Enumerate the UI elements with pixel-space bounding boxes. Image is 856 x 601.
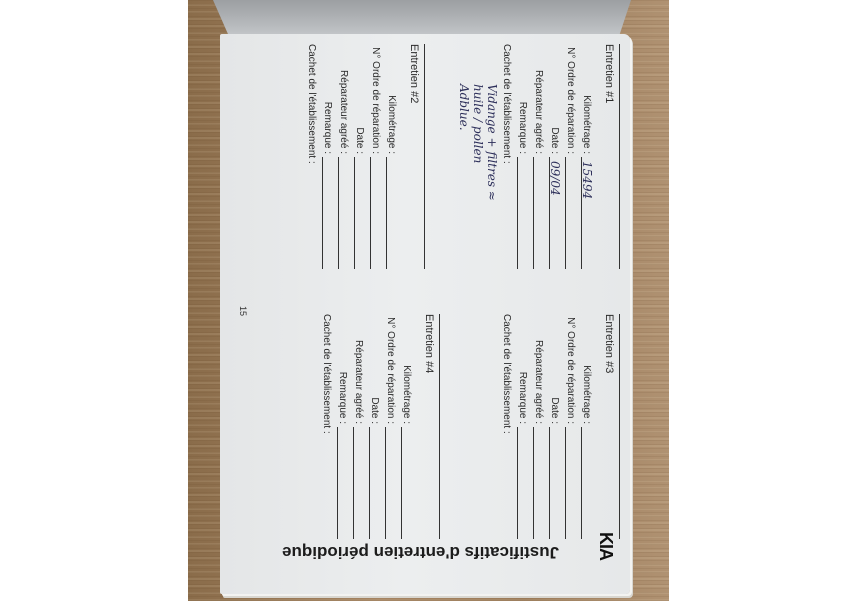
field-label: Date : <box>549 314 560 427</box>
field-line[interactable] <box>565 157 578 269</box>
kia-logo-mark-icon: KIA <box>576 532 616 548</box>
field-line[interactable] <box>401 427 414 539</box>
field-date: Date : <box>354 44 370 284</box>
field-line[interactable] <box>517 427 530 539</box>
field-label: Date : <box>549 44 560 157</box>
field-label: N° Ordre de réparation : <box>370 44 381 157</box>
field-line[interactable]: 09/04 <box>549 157 562 269</box>
field-line[interactable] <box>533 157 546 269</box>
field-ordre: N° Ordre de réparation : <box>385 314 401 554</box>
field-label: Cachet de l'établissement : <box>501 44 512 167</box>
field-label: Réparateur agréé : <box>338 44 349 157</box>
field-label: Date : <box>369 314 380 427</box>
field-label: Réparateur agréé : <box>533 44 544 157</box>
section-rule <box>439 314 440 539</box>
field-label: Date : <box>354 44 365 157</box>
field-label: Remarque : <box>517 314 528 427</box>
field-label: N° Ordre de réparation : <box>385 314 396 427</box>
field-label: Réparateur agréé : <box>533 314 544 427</box>
field-ordre: N° Ordre de réparation : <box>370 44 386 284</box>
field-label: Remarque : <box>322 44 333 157</box>
field-line[interactable] <box>370 157 383 269</box>
folded-page <box>213 0 631 38</box>
field-date: Date : <box>549 314 565 554</box>
section-heading: Entretien #4 <box>423 314 435 554</box>
field-kilometrage: Kilométrage : <box>386 44 402 284</box>
field-label: Cachet de l'établissement : <box>501 314 512 437</box>
page-title: Justificatifs d'entretien périodique <box>282 542 559 562</box>
field-cachet: Cachet de l'établissement : <box>321 314 337 554</box>
page-header: KIA <box>590 14 630 554</box>
field-label: Réparateur agréé : <box>353 314 364 427</box>
field-cachet: Cachet de l'établissement : <box>306 44 322 284</box>
section-rule <box>424 44 425 269</box>
field-line[interactable] <box>565 427 578 539</box>
field-line[interactable] <box>322 157 335 269</box>
field-line[interactable] <box>517 157 530 269</box>
field-date: Date : <box>369 314 385 554</box>
field-reparateur: Réparateur agréé : <box>533 44 549 284</box>
page-content: Entretien #1 Kilométrage : 15494 N° Ordr… <box>230 44 620 584</box>
field-ordre: N° Ordre de réparation : <box>565 44 581 284</box>
field-label: Cachet de l'établissement : <box>321 314 332 437</box>
handwritten-note-line: Vidange + filtres ≈ <box>485 84 499 284</box>
field-line[interactable] <box>338 157 351 269</box>
field-label: Cachet de l'établissement : <box>306 44 317 167</box>
handwritten-note-line: huile / pollen <box>471 84 485 284</box>
field-ordre: N° Ordre de réparation : <box>565 314 581 554</box>
field-line[interactable] <box>385 427 398 539</box>
field-remarque: Remarque : <box>517 314 533 554</box>
field-reparateur: Réparateur agréé : <box>533 314 549 554</box>
page-number: 15 <box>238 306 248 316</box>
field-label: Kilométrage : <box>386 44 397 157</box>
handwritten-note-line: Adblue. <box>457 84 471 284</box>
field-label: N° Ordre de réparation : <box>565 44 576 157</box>
booklet-page: Entretien #1 Kilométrage : 15494 N° Ordr… <box>220 34 630 594</box>
field-line[interactable] <box>337 427 350 539</box>
field-date: Date : 09/04 <box>549 44 565 284</box>
field-label: Kilométrage : <box>401 314 412 427</box>
field-cachet: Cachet de l'établissement : <box>501 314 517 554</box>
field-cachet: Cachet de l'établissement : <box>501 44 517 284</box>
field-label: Remarque : <box>517 44 528 157</box>
field-remarque: Remarque : <box>337 314 353 554</box>
booklet-photo: Entretien #1 Kilométrage : 15494 N° Ordr… <box>188 0 669 601</box>
field-label: N° Ordre de réparation : <box>565 314 576 427</box>
handwritten-date: 09/04 <box>548 161 562 196</box>
field-line[interactable] <box>549 427 562 539</box>
field-line[interactable] <box>354 157 367 269</box>
field-remarque: Remarque : <box>517 44 533 284</box>
field-line[interactable] <box>353 427 366 539</box>
section-heading: Entretien #2 <box>408 44 420 284</box>
field-line[interactable] <box>386 157 399 269</box>
field-line[interactable] <box>533 427 546 539</box>
field-reparateur: Réparateur agréé : <box>353 314 369 554</box>
field-reparateur: Réparateur agréé : <box>338 44 354 284</box>
section-entretien-2: Entretien #2 Kilométrage : N° Ordre de r… <box>306 44 425 284</box>
field-line[interactable] <box>369 427 382 539</box>
field-remarque: Remarque : <box>322 44 338 284</box>
section-entretien-4: Entretien #4 Kilométrage : N° Ordre de r… <box>321 314 440 554</box>
field-kilometrage: Kilométrage : <box>401 314 417 554</box>
handwritten-note: Vidange + filtres ≈ huile / pollen Adblu… <box>457 84 499 284</box>
field-label: Remarque : <box>337 314 348 427</box>
